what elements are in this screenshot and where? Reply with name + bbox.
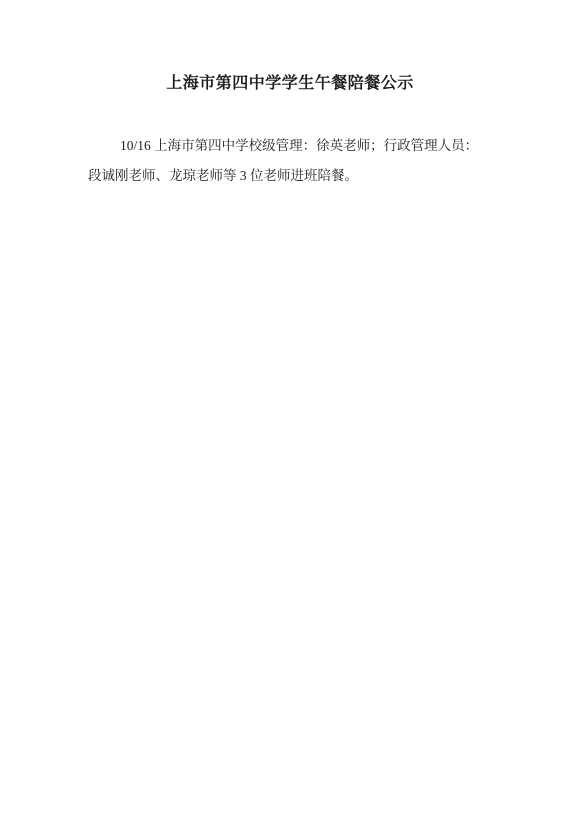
- document-page: 上海市第四中学学生午餐陪餐公示 10/16 上海市第四中学校级管理：徐英老师；行…: [0, 0, 580, 820]
- paragraph-line-2: 段诚刚老师、龙琼老师等 3 位老师进班陪餐。: [88, 161, 490, 191]
- paragraph-line-1: 10/16 上海市第四中学校级管理：徐英老师；行政管理人员：: [88, 131, 490, 161]
- document-paragraph: 10/16 上海市第四中学校级管理：徐英老师；行政管理人员： 段诚刚老师、龙琼老…: [88, 131, 490, 191]
- document-title: 上海市第四中学学生午餐陪餐公示: [0, 74, 580, 94]
